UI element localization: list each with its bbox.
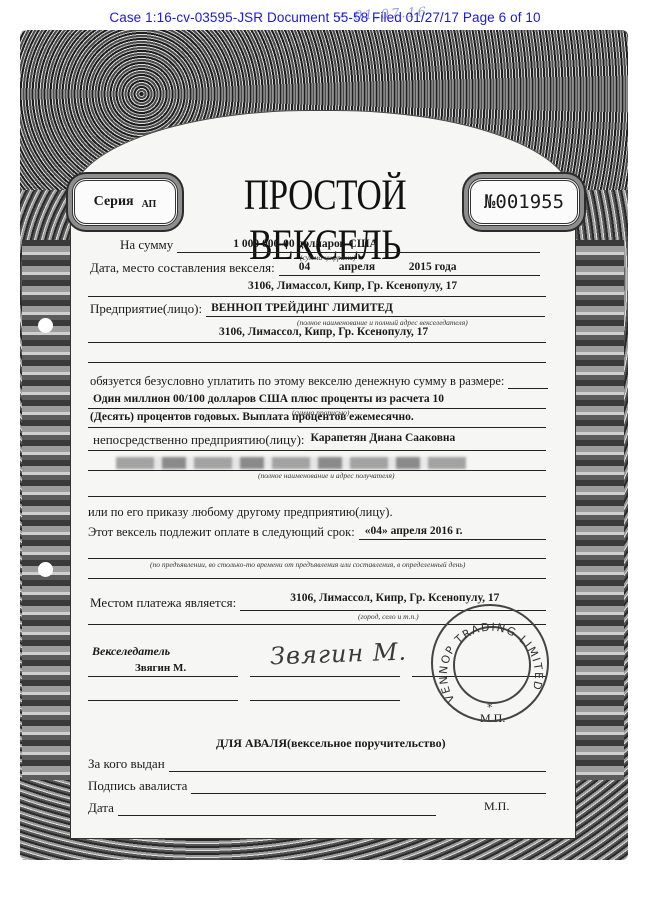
signature-line <box>250 676 400 677</box>
seal-text: VENNOP TRADING LIMITED <box>437 620 545 705</box>
amount-field: 1 000 000-00 долларов США <box>177 236 540 253</box>
aval-for-whom-row: За кого выдан <box>88 755 546 772</box>
aval-signature-label: Подпись авалиста <box>88 778 191 794</box>
redacted-payee-address <box>116 457 466 469</box>
date-place-row: Дата, место составления векселя: 04 апре… <box>90 259 540 276</box>
payee-name: Карапетян Диана Сааковна <box>311 432 456 444</box>
issuer-name: ВЕННОП ТРЕЙДИНГ ЛИМИТЕД <box>211 302 393 314</box>
form-content: На сумму 1 000 000-00 долларов США (сумм… <box>0 0 650 909</box>
aval-mp-label: М.П. <box>484 799 509 814</box>
issuer-field: ВЕННОП ТРЕЙДИНГ ЛИМИТЕД <box>206 300 545 317</box>
company-seal: VENNOP TRADING LIMITED * <box>431 604 549 722</box>
aval-for-whom-label: За кого выдан <box>88 756 169 772</box>
amount-words-line2: (Десять) процентов годовых. Выплата проц… <box>90 411 414 423</box>
seal-text-ring: VENNOP TRADING LIMITED * <box>431 604 549 722</box>
aval-date-row: Дата <box>88 799 436 816</box>
aval-signature-row: Подпись авалиста <box>88 777 546 794</box>
court-filing-header: Case 1:16-cv-03595-JSR Document 55-58 Fi… <box>0 10 650 25</box>
payee-label: непосредственно предприятию(лицу): <box>93 432 309 448</box>
divider <box>250 700 400 701</box>
due-field: «04» апреля 2016 г. <box>359 523 546 540</box>
divider <box>88 450 546 451</box>
obligation-row: обязуется безусловно уплатить по этому в… <box>90 372 548 389</box>
divider <box>88 700 238 701</box>
amount-value: 1 000 000-00 долларов США <box>233 238 377 250</box>
date-month: апреля <box>339 261 375 273</box>
due-row: Этот вексель подлежит оплате в следующий… <box>88 523 546 540</box>
date-field: 04 апреля 2015 года <box>279 259 540 276</box>
amount-row: На сумму 1 000 000-00 долларов США <box>120 236 540 253</box>
drawer-signature: Звягин М. <box>270 638 408 671</box>
order-clause: или по его приказу любому другому предпр… <box>88 505 393 520</box>
payment-place-value: 3106, Лимассол, Кипр, Гр. Ксенопулу, 17 <box>290 592 499 604</box>
divider <box>88 342 546 343</box>
divider <box>88 362 546 363</box>
aval-date-label: Дата <box>88 800 118 816</box>
payment-place-caption: (город, село и т.п.) <box>358 612 419 621</box>
due-value: «04» апреля 2016 г. <box>365 525 463 537</box>
issuer-label: Предприятие(лицо): <box>90 301 206 317</box>
divider <box>88 496 546 497</box>
date-day: 04 <box>299 261 311 273</box>
drawer-label: Векселедатель <box>92 644 170 659</box>
payee-row: непосредственно предприятию(лицу): Карап… <box>93 432 545 448</box>
svg-text:VENNOP TRADING LIMITED: VENNOP TRADING LIMITED <box>437 620 545 705</box>
amount-words-line1: Один миллион 00/100 долларов США плюс пр… <box>93 393 444 405</box>
aval-for-whom-field[interactable] <box>169 755 546 772</box>
divider <box>88 578 546 579</box>
obligation-label: обязуется безусловно уплатить по этому в… <box>90 374 508 389</box>
divider <box>88 558 546 559</box>
payee-caption: (полное наименование и адрес получателя) <box>258 471 395 480</box>
seal-star: * <box>487 701 493 714</box>
date-year: 2015 года <box>409 261 457 273</box>
payee-field: Карапетян Диана Сааковна <box>309 432 545 448</box>
amount-label: На сумму <box>120 237 177 253</box>
drawer-name: Звягин М. <box>135 662 186 674</box>
aval-title: ДЛЯ АВАЛЯ(вексельное поручительство) <box>216 736 446 751</box>
drawer-name-line <box>88 676 238 677</box>
payment-place-label: Местом платежа является: <box>90 595 240 611</box>
aval-signature-field[interactable] <box>191 777 546 794</box>
divider <box>88 296 546 297</box>
divider <box>88 427 546 428</box>
due-caption: (по предъявлении, во столько-то времени … <box>150 560 465 569</box>
date-place-label: Дата, место составления векселя: <box>90 260 279 276</box>
date-place-address: 3106, Лимассол, Кипр, Гр. Ксенопулу, 17 <box>248 280 457 292</box>
aval-date-field[interactable] <box>118 799 436 816</box>
issuer-address: 3106, Лимассол, Кипр, Гр. Ксенопулу, 17 <box>219 326 428 338</box>
issuer-row: Предприятие(лицо): ВЕННОП ТРЕЙДИНГ ЛИМИТ… <box>90 300 545 317</box>
due-label: Этот вексель подлежит оплате в следующий… <box>88 525 359 540</box>
obligation-field <box>508 372 548 389</box>
